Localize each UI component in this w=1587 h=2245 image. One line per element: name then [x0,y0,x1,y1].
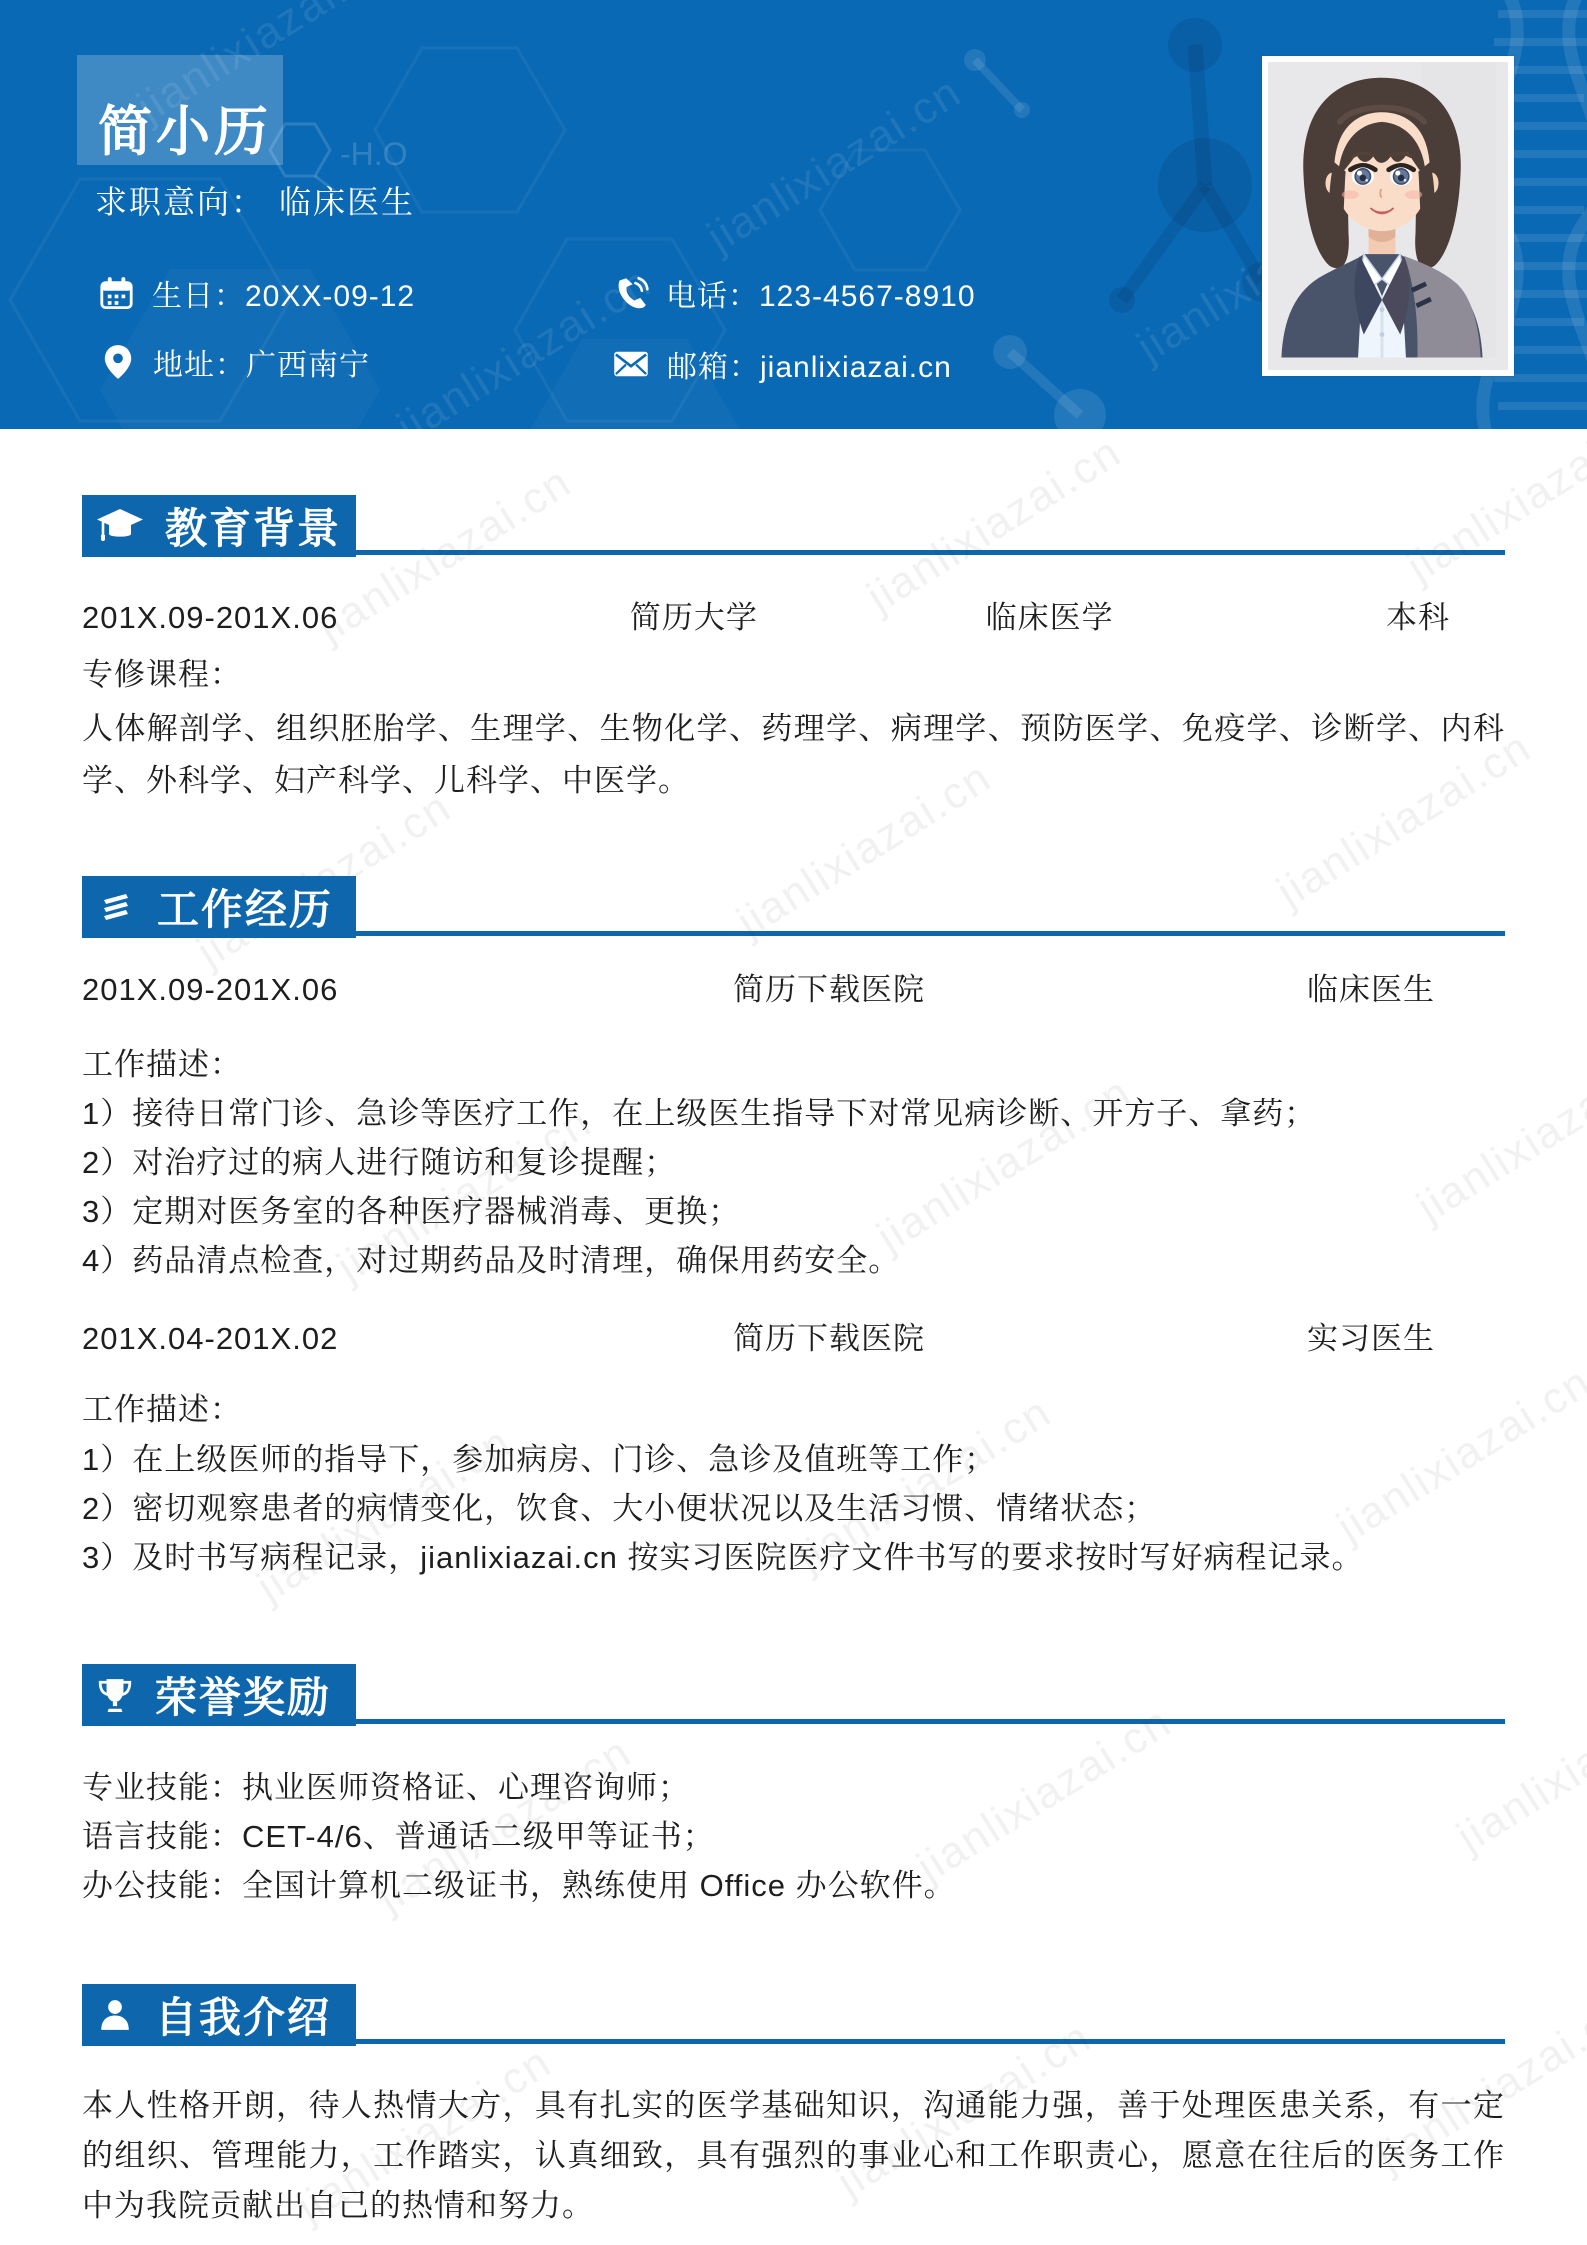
stacked-list-icon [97,889,135,925]
formula-text: -H.O [340,136,408,172]
job-role: 临床医生 [1149,970,1505,1010]
job-row: 201X.04-201X.02 简历下载医院 实习医生 [82,1319,1505,1359]
contact-address: 地址：广西南宁 [100,340,370,384]
honors-line: 专业技能：执业医师资格证、心理咨询师； [82,1763,1505,1812]
phone-icon [612,275,649,312]
location-icon [100,343,136,381]
mail-icon [612,347,650,381]
section-title-work: 工作经历 [157,877,333,937]
resume-page: -H.O [0,0,1587,2245]
courses-label: 专修课程： [82,655,1505,695]
job-desc-label: 工作描述： [82,1045,1505,1085]
job-desc-item: 3）及时书写病程记录，jianlixiazai.cn 按实习医院医疗文件书写的要… [82,1533,1505,1582]
section-header-education: 教育背景 [82,495,1505,557]
watermark: jianlixiazai.cn [699,67,971,263]
section-title-about: 自我介绍 [155,1985,331,2045]
section-header-work: 工作经历 [82,876,1505,938]
section-education: 教育背景 201X.09-201X.06 简历大学 临床医学 本科 专修课程： … [82,495,1505,807]
job-desc-list: 1）在上级医师的指导下，参加病房、门诊、急诊及值班等工作； 2）密切观察患者的病… [82,1435,1505,1582]
portrait-illustration [1268,62,1496,358]
job-row: 201X.09-201X.06 简历下载医院 临床医生 [82,970,1505,1010]
job-intention-value: 临床医生 [279,184,415,220]
person-icon [97,1997,133,2033]
section-work: 工作经历 201X.09-201X.06 简历下载医院 临床医生 工作描述： 1… [82,876,1505,1582]
section-about: 自我介绍 本人性格开朗，待人热情大方，具有扎实的医学基础知识，沟通能力强，善于处… [82,1984,1505,2231]
contact-birthday-text: 生日：20XX-09-12 [152,271,415,315]
education-major: 临床医学 [879,598,1221,638]
contact-phone-text: 电话：123-4567-8910 [666,271,976,315]
honors-list: 专业技能：执业医师资格证、心理咨询师； 语言技能：CET-4/6、普通话二级甲等… [82,1763,1505,1910]
honors-line: 办公技能：全国计算机二级证书，熟练使用 Office 办公软件。 [82,1861,1505,1910]
about-text: 本人性格开朗，待人热情大方，具有扎实的医学基础知识，沟通能力强，善于处理医患关系… [82,2081,1505,2231]
job-desc-list: 1）接待日常门诊、急诊等医疗工作，在上级医生指导下对常见病诊断、开方子、拿药； … [82,1089,1505,1285]
contact-email: 邮箱：jianlixiazai.cn [612,342,952,386]
graduation-cap-icon [97,509,143,543]
section-title-education: 教育背景 [165,496,341,556]
education-row: 201X.09-201X.06 简历大学 临床医学 本科 [82,598,1505,638]
contact-address-text: 地址：广西南宁 [153,340,370,384]
education-period: 201X.09-201X.06 [82,598,509,638]
contact-email-text: 邮箱：jianlixiazai.cn [667,342,952,386]
job-desc-item: 2）对治疗过的病人进行随访和复诊提醒； [82,1138,1505,1187]
contact-birthday: 生日：20XX-09-12 [98,271,415,315]
job-period: 201X.04-201X.02 [82,1319,509,1359]
job-company: 简历下载医院 [509,1319,1149,1359]
job-desc-item: 1）接待日常门诊、急诊等医疗工作，在上级医生指导下对常见病诊断、开方子、拿药； [82,1089,1505,1138]
header: -H.O [0,0,1587,429]
name-box: 简小历 [77,55,283,165]
education-degree: 本科 [1220,598,1505,638]
job-desc-item: 3）定期对医务室的各种医疗器械消毒、更换； [82,1187,1505,1236]
job-company: 简历下载医院 [509,970,1149,1010]
section-header-honors: 荣誉奖励 [82,1664,1505,1726]
job-desc-label: 工作描述： [82,1390,1505,1430]
job-desc-item: 2）密切观察患者的病情变化，饮食、大小便状况以及生活习惯、情绪状态； [82,1484,1505,1533]
job-period: 201X.09-201X.06 [82,970,509,1010]
profile-photo [1262,56,1514,376]
honors-line: 语言技能：CET-4/6、普通话二级甲等证书； [82,1812,1505,1861]
job-desc-item: 4）药品清点检查，对过期药品及时清理，确保用药安全。 [82,1236,1505,1285]
calendar-icon [98,275,135,312]
section-honors: 荣誉奖励 专业技能：执业医师资格证、心理咨询师； 语言技能：CET-4/6、普通… [82,1664,1505,1910]
trophy-icon [97,1677,133,1713]
resume-body: 教育背景 201X.09-201X.06 简历大学 临床医学 本科 专修课程： … [0,429,1587,2231]
job-role: 实习医生 [1149,1319,1505,1359]
job-intention-label: 求职意向： [95,184,265,220]
candidate-name: 简小历 [98,105,272,159]
courses-text: 人体解剖学、组织胚胎学、生理学、生物化学、药理学、病理学、预防医学、免疫学、诊断… [82,703,1505,807]
contact-phone: 电话：123-4567-8910 [612,271,976,315]
education-school: 简历大学 [509,598,879,638]
job-intention: 求职意向：临床医生 [95,177,415,223]
job-desc-item: 1）在上级医师的指导下，参加病房、门诊、急诊及值班等工作； [82,1435,1505,1484]
section-header-about: 自我介绍 [82,1984,1505,2046]
section-title-honors: 荣誉奖励 [155,1665,331,1725]
